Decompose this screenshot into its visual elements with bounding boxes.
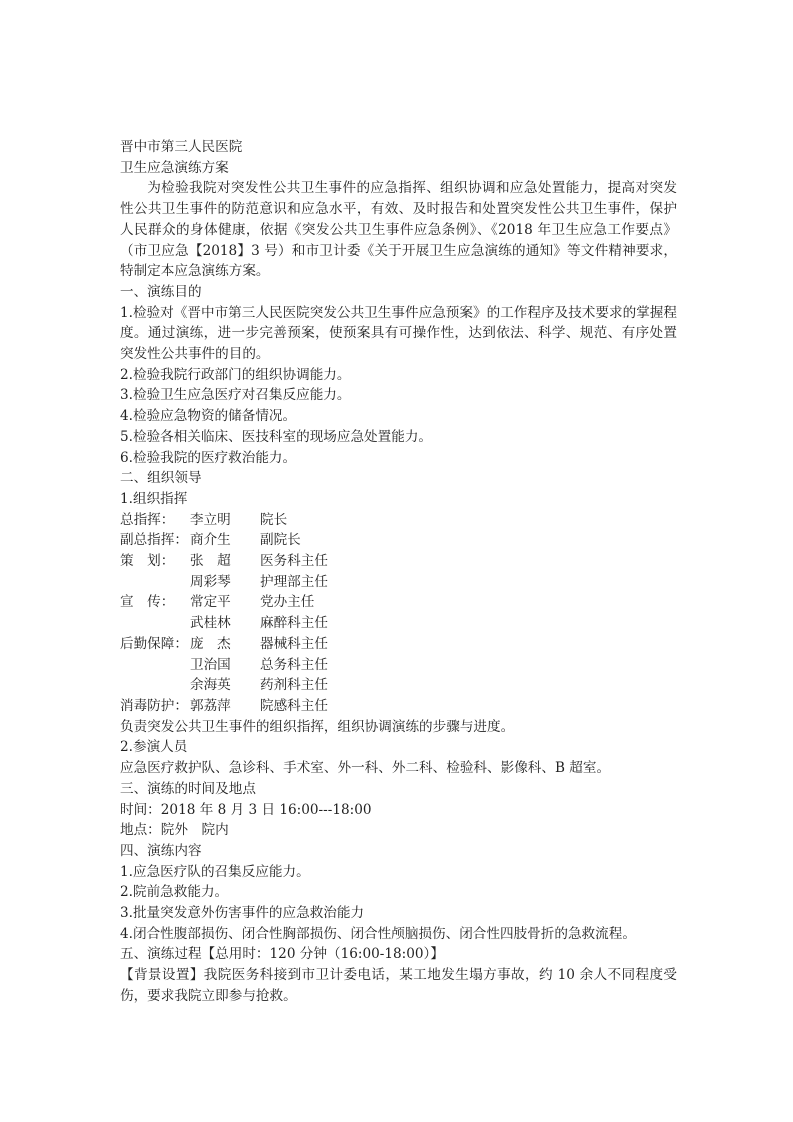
purpose-item: 4.检验应急物资的储备情况。: [120, 406, 677, 427]
purpose-item: 2.检验我院行政部门的组织协调能力。: [120, 365, 677, 386]
document-title: 卫生应急演练方案: [120, 158, 677, 179]
roster-row: 卫治国 总务科主任: [120, 655, 677, 676]
roster-name: 卫治国: [190, 655, 260, 676]
roster-role: 策 划：: [120, 551, 190, 572]
participants-text: 应急医疗救护队、急诊科、手术室、外一科、外二科、检验科、影像科、B 超室。: [120, 758, 677, 779]
subheading-participants: 2.参演人员: [120, 737, 677, 758]
content-item: 4.闭合性腹部损伤、闭合性胸部损伤、闭合性颅脑损伤、闭合性四肢骨折的急救流程。: [120, 924, 677, 945]
roster-title: 护理部主任: [260, 572, 328, 593]
subheading-command: 1.组织指挥: [120, 489, 677, 510]
purpose-item: 1.检验对《晋中市第三人民医院突发公共卫生事件应急预案》的工作程序及技术要求的掌…: [120, 303, 677, 365]
section-heading-process: 五、演练过程【总用时：120 分钟（16:00-18:00）】: [120, 944, 677, 965]
roster-title: 医务科主任: [260, 551, 328, 572]
roster-title: 副院长: [260, 530, 301, 551]
roster-role: [120, 655, 190, 676]
roster-name: 余海英: [190, 675, 260, 696]
roster-role: 副总指挥：: [120, 530, 190, 551]
roster-title: 麻醉科主任: [260, 613, 328, 634]
roster-name: 周彩琴: [190, 572, 260, 593]
content-item: 1.应急医疗队的召集反应能力。: [120, 862, 677, 883]
roster-title: 党办主任: [260, 592, 314, 613]
background-paragraph: 【背景设置】我院医务科接到市卫计委电话，某工地发生塌方事故，约 10 余人不同程…: [120, 965, 677, 1006]
roster-row: 周彩琴 护理部主任: [120, 572, 677, 593]
content-item: 2.院前急救能力。: [120, 882, 677, 903]
roster-name: 常定平: [190, 592, 260, 613]
document-page: 晋中市第三人民医院 卫生应急演练方案 为检验我院对突发性公共卫生事件的应急指挥、…: [120, 137, 677, 1007]
roster-role: 后勤保障：: [120, 634, 190, 655]
purpose-item: 3.检验卫生应急医疗对召集反应能力。: [120, 385, 677, 406]
org-name: 晋中市第三人民医院: [120, 137, 677, 158]
content-item: 3.批量突发意外伤害事件的应急救治能力: [120, 903, 677, 924]
roster-name: 郭荔萍: [190, 696, 260, 717]
section-heading-time-place: 三、演练的时间及地点: [120, 779, 677, 800]
roster-row: 总指挥： 李立明 院长: [120, 510, 677, 531]
roster-row: 副总指挥： 商介生 副院长: [120, 530, 677, 551]
roster-title: 院感科主任: [260, 696, 328, 717]
roster-role: [120, 675, 190, 696]
roster-role: 总指挥：: [120, 510, 190, 531]
roster-title: 总务科主任: [260, 655, 328, 676]
section-heading-content: 四、演练内容: [120, 841, 677, 862]
section-heading-organization: 二、组织领导: [120, 468, 677, 489]
roster-row: 消毒防护： 郭荔萍 院感科主任: [120, 696, 677, 717]
roster-name: 李立明: [190, 510, 260, 531]
roster-role: 宣 传：: [120, 592, 190, 613]
place-text: 地点：院外 院内: [120, 820, 677, 841]
purpose-item: 6.检验我院的医疗救治能力。: [120, 448, 677, 469]
roster-row: 余海英 药剂科主任: [120, 675, 677, 696]
roster-name: 武桂林: [190, 613, 260, 634]
roster-row: 后勤保障： 庞 杰 器械科主任: [120, 634, 677, 655]
purpose-item: 5.检验各相关临床、医技科室的现场应急处置能力。: [120, 427, 677, 448]
duty-text: 负责突发公共卫生事件的组织指挥，组织协调演练的步骤与进度。: [120, 717, 677, 738]
roster-name: 庞 杰: [190, 634, 260, 655]
intro-paragraph: 为检验我院对突发性公共卫生事件的应急指挥、组织协调和应急处置能力，提高对突发性公…: [120, 178, 677, 282]
time-text: 时间：2018 年 8 月 3 日 16:00---18:00: [120, 800, 677, 821]
roster-row: 武桂林 麻醉科主任: [120, 613, 677, 634]
roster-role: [120, 572, 190, 593]
roster-name: 张 超: [190, 551, 260, 572]
roster-row: 策 划： 张 超 医务科主任: [120, 551, 677, 572]
roster-row: 宣 传： 常定平 党办主任: [120, 592, 677, 613]
roster-title: 院长: [260, 510, 287, 531]
roster-role: [120, 613, 190, 634]
roster-title: 器械科主任: [260, 634, 328, 655]
roster-title: 药剂科主任: [260, 675, 328, 696]
section-heading-purpose: 一、演练目的: [120, 282, 677, 303]
roster-role: 消毒防护：: [120, 696, 190, 717]
roster-name: 商介生: [190, 530, 260, 551]
